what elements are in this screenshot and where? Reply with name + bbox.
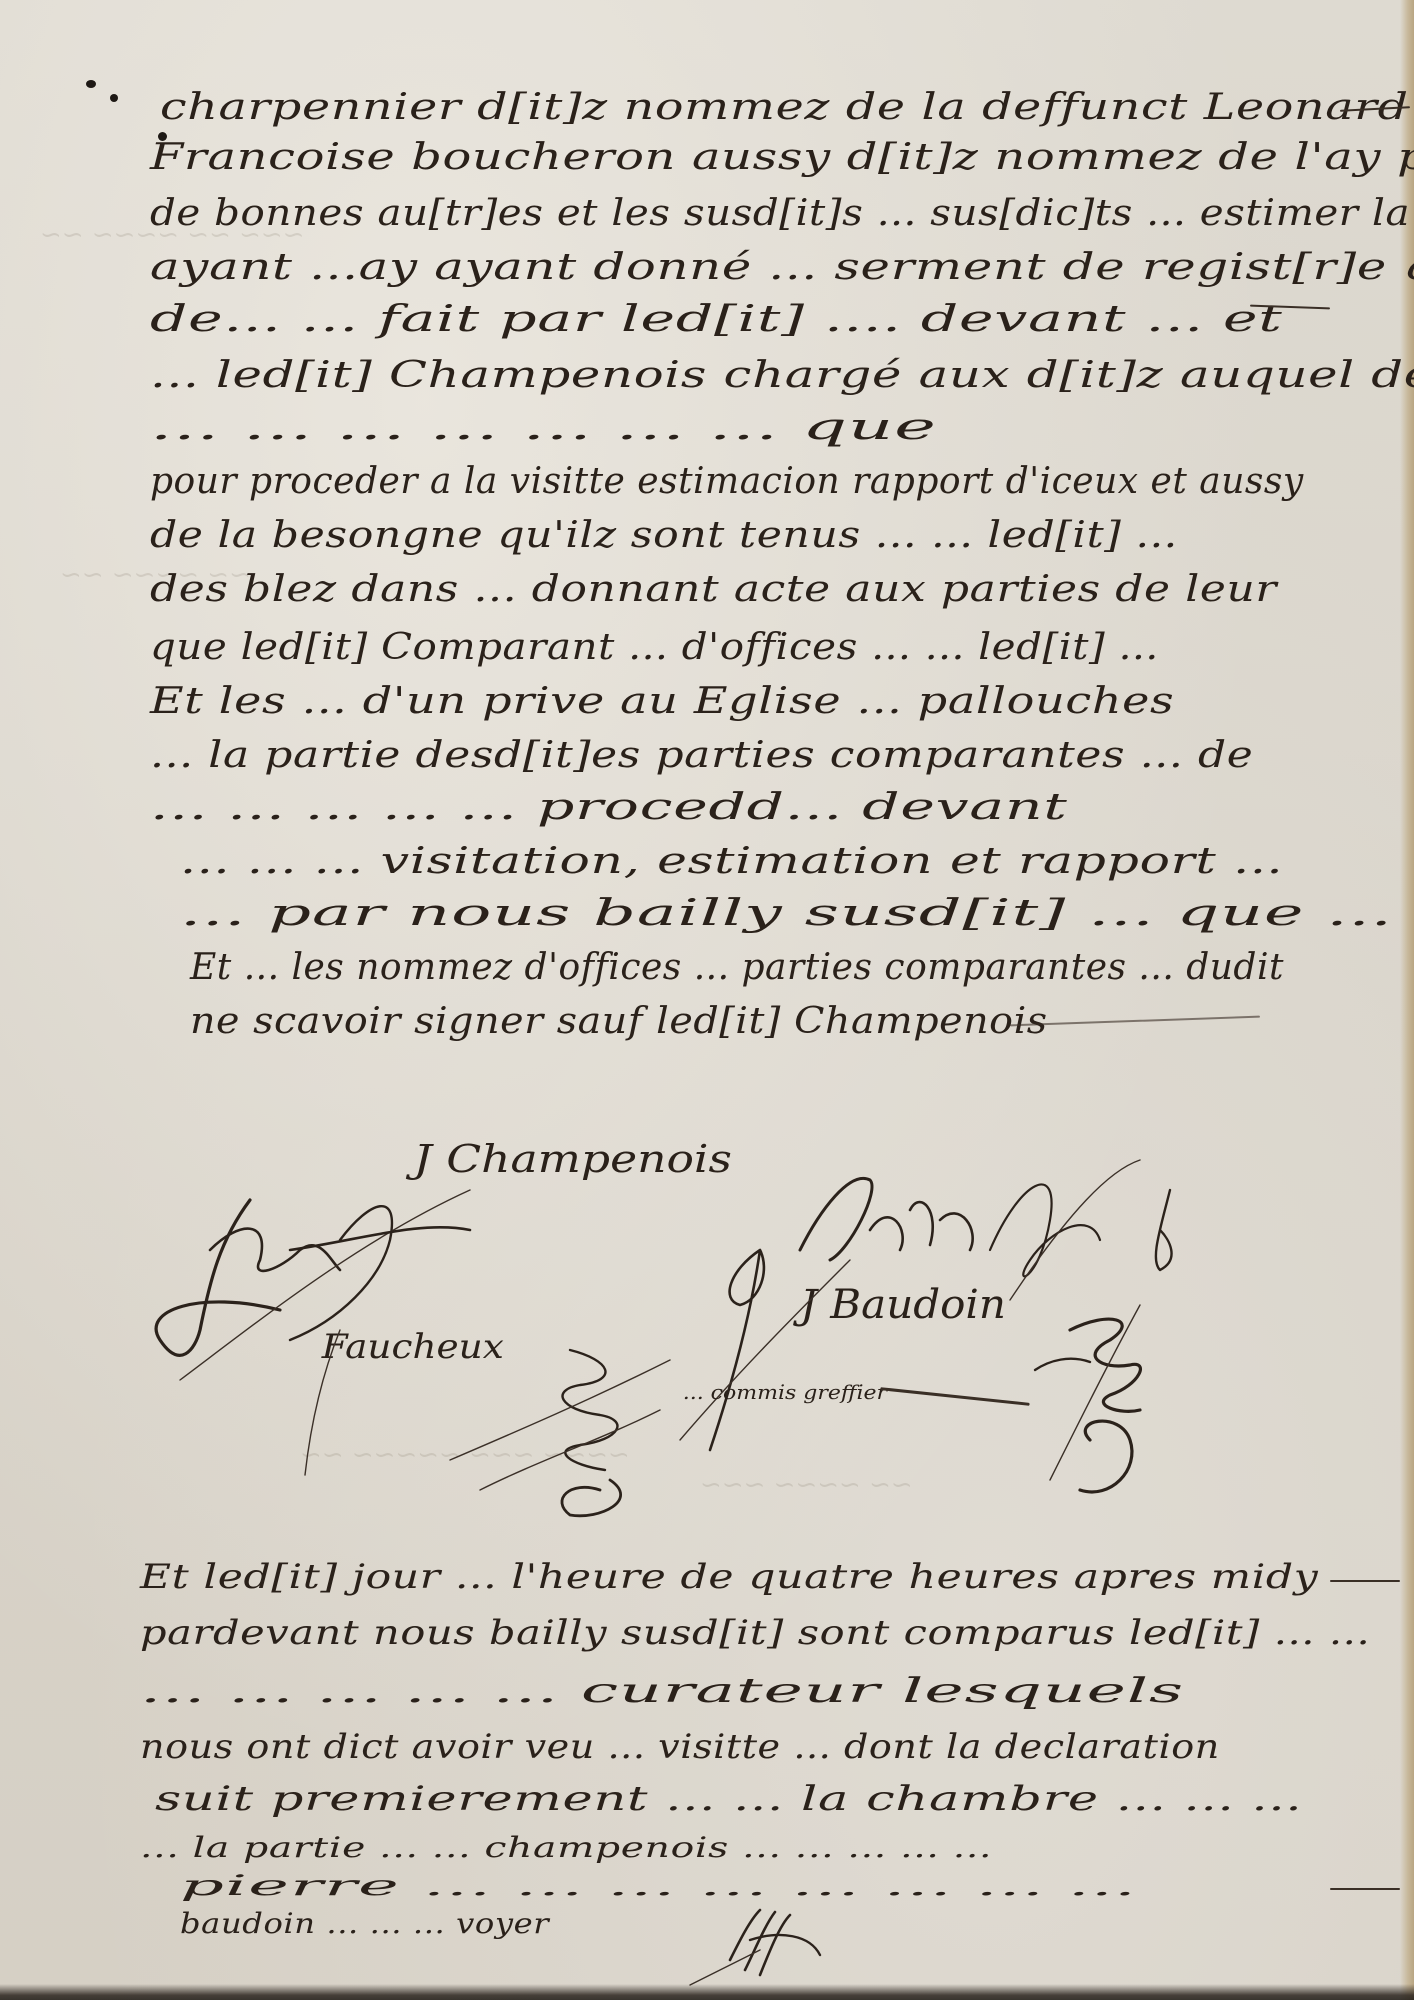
text-line: pierre ... ... ... ... ... ... ... ...: [180, 1872, 1137, 1900]
text-line: Et les ... d'un prive au Eglise ... pall…: [150, 684, 1174, 720]
text-line: ... par nous bailly susd[it] ... que ...: [180, 896, 1393, 932]
text-line: ... la partie ... ... champenois ... ...…: [140, 1834, 992, 1862]
bleed-through-text: ~~ ~~~~ ~~~: [700, 1470, 913, 1500]
text-line: de la besongne qu'ilz sont tenus ... ...…: [150, 518, 1178, 554]
text-line: ayant ...ay ayant donné ... serment de r…: [150, 250, 1414, 286]
signature-clerk: ... commis greffier: [683, 1382, 887, 1402]
text-line: que led[it] Comparant ... d'offices ... …: [150, 630, 1159, 666]
signature-baudoin-flourish: [680, 1240, 880, 1460]
text-line: Et led[it] jour ... l'heure de quatre he…: [140, 1560, 1318, 1594]
signature-champenois: J Champenois: [413, 1140, 731, 1178]
text-line: de bonnes au[tr]es et les susd[it]s ... …: [150, 196, 1414, 232]
text-line: ne scavoir signer sauf led[it] Champenoi…: [190, 1004, 1048, 1040]
text-line: des blez dans ... donnant acte aux parti…: [150, 572, 1277, 608]
text-line: nous ont dict avoir veu ... visitte ... …: [140, 1730, 1220, 1764]
text-line: ... ... ... ... ... ... ... que: [150, 410, 937, 446]
signature-right-paraph: [1030, 1300, 1190, 1510]
signature-flourish: [440, 1340, 700, 1520]
text-line: Et ... les nommez d'offices ... parties …: [190, 950, 1284, 986]
line-filler-flourish: [1330, 1888, 1400, 1890]
signature-central-paraph: [440, 1340, 700, 1520]
line-filler-flourish: [1330, 1580, 1400, 1582]
final-paraph: [690, 1900, 830, 1990]
text-line: de... ... fait par led[it] .... devant .…: [150, 302, 1283, 338]
signature-flourish: [300, 1300, 420, 1480]
text-line: ... ... ... visitation, estimation et ra…: [180, 844, 1283, 880]
text-line: ... la partie desd[it]es parties compara…: [150, 738, 1253, 774]
manuscript-page: ~~~ ~~ ~~~~ ~~ ~~ ~~~~ ~~ ~~~~ ~~~ ~~~~~…: [0, 0, 1414, 2000]
text-line: pardevant nous bailly susd[it] sont comp…: [140, 1616, 1370, 1650]
text-line: suit premierement ... ... la chambre ...…: [155, 1782, 1302, 1816]
paraph-flourish: [690, 1900, 830, 1990]
text-line: ... ... ... ... ... curateur lesquels: [140, 1674, 1184, 1708]
page-edge-right: [1400, 0, 1414, 2000]
clerk-flourish: [880, 1387, 1029, 1405]
text-line: baudoin ... ... ... voyer: [180, 1910, 549, 1938]
text-line: ... ... ... ... ... procedd... devant: [150, 790, 1068, 826]
signature-flourish: [680, 1240, 880, 1460]
text-line: Francoise boucheron aussy d[it]z nommez …: [150, 140, 1414, 176]
text-line: charpennier d[it]z nommez de la deffunct…: [160, 90, 1414, 126]
text-line: pour proceder a la visitte estimacion ra…: [150, 464, 1304, 500]
text-line: ... led[it] Champenois chargé aux d[it]z…: [150, 358, 1414, 394]
signature-flourish: [1030, 1300, 1190, 1510]
signature-faucheux-flourish: [300, 1300, 420, 1480]
